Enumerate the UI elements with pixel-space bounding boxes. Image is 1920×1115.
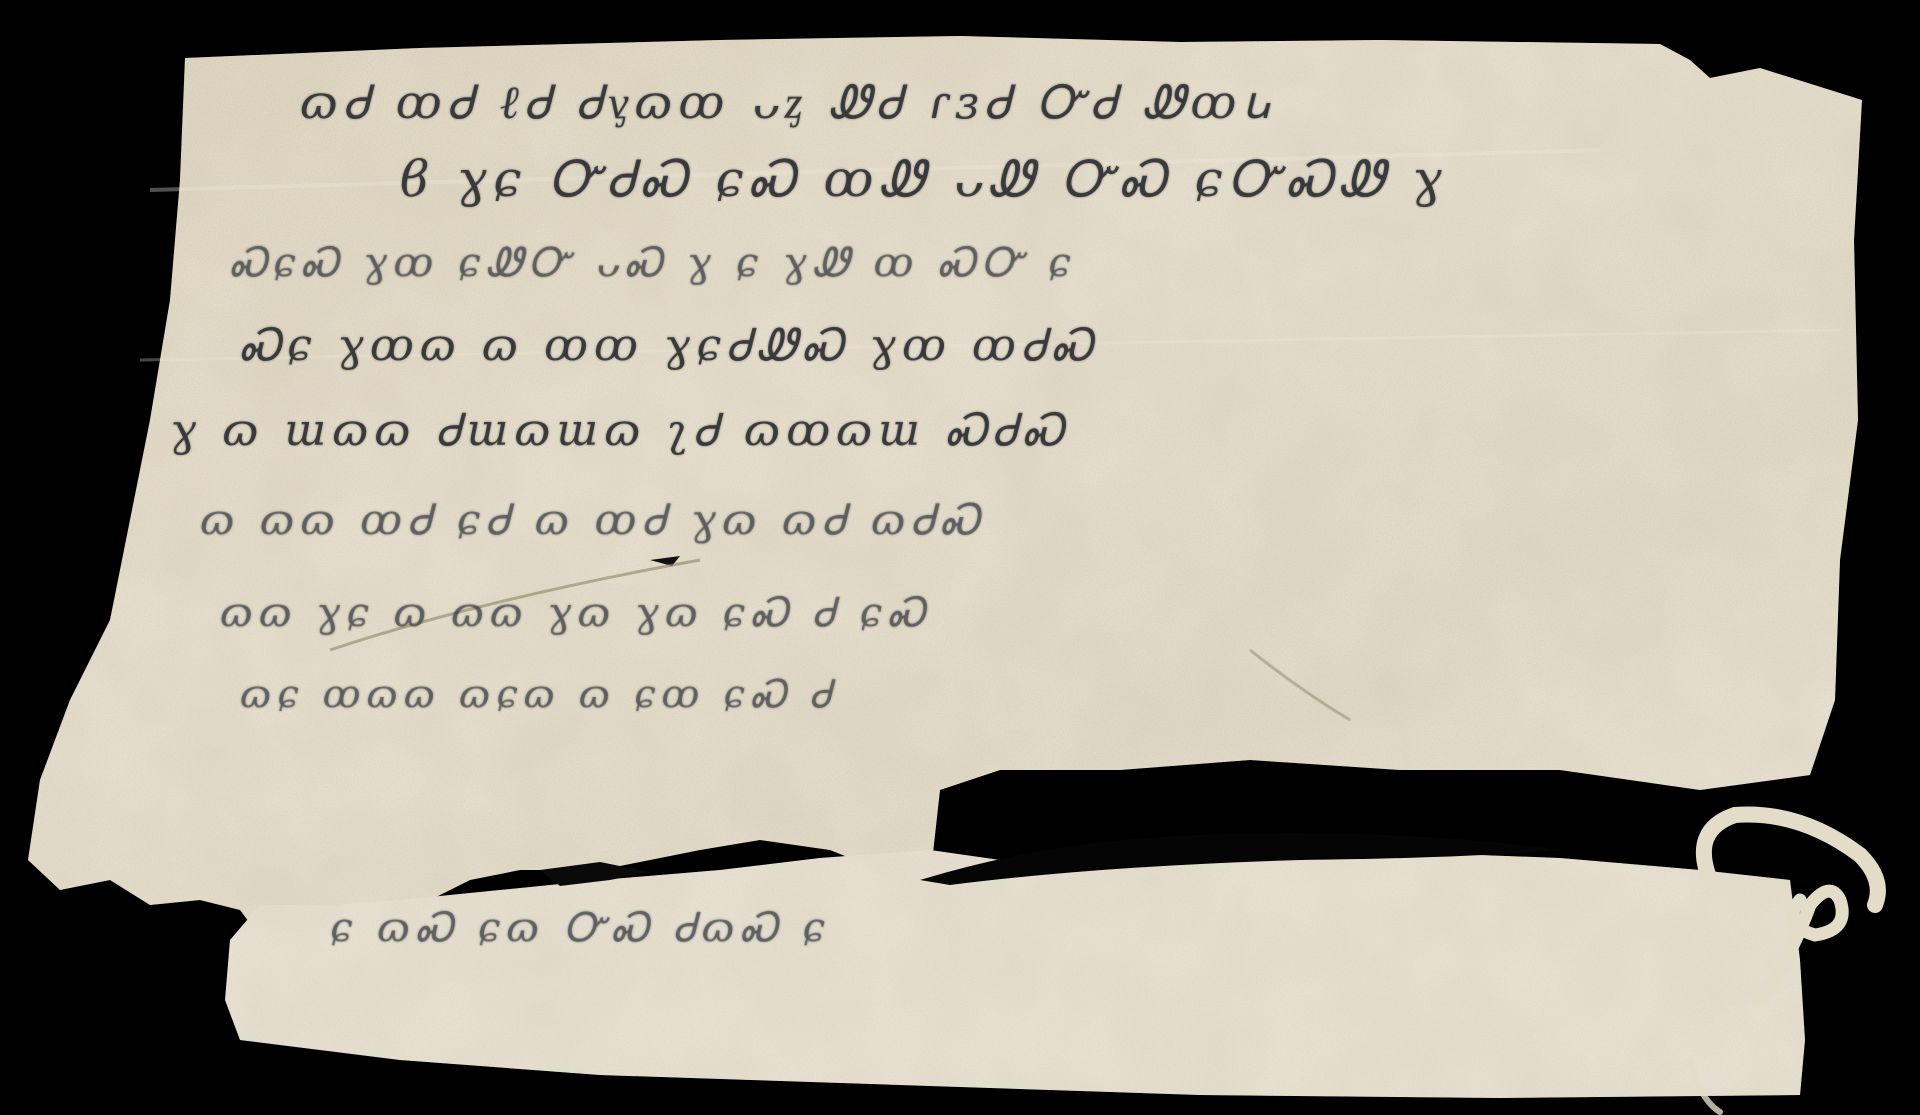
script-line-5: ɣ ɷ ɯɷɷ Ꮷɯɷɯɷ ʅᏧ ɷꝏɷɯ ᏍᏧᏍ — [170, 405, 1070, 456]
script-line-4: Ꮝɕ ɣꝏɷ ɷ ꝏꝏ ɣɕᏧᏪᏍ ɣꝏ ꝏᏧᏍ — [240, 320, 1099, 371]
script-line-6: ɷ ɷɷ ꝏᏧ ɕᏧ ɷ ꝏᏧ ɣɷ ɷᏧ ɷᏧᏍ — [200, 495, 986, 545]
script-line-7: ɷɷ ɣɕ ɷ ɷɷ ɣɷ ɣɷ ɕᏍ Ꮷ ɕᏍ — [220, 590, 931, 636]
script-line-1: ɷᏧ ꝏᏧ ℓᏧ Ꮷᶌɷꝏ ᴗᶎ ᏪᏧ ɾɜᏧ ᏅᏧ Ꮺꝏꭎ — [300, 70, 1277, 132]
script-line-9: ɕ ɷᏍ ɕɷ ᏅᏍ ᏧɷᏍ ɕ — [330, 905, 831, 951]
script-line-3: ᏍɕᏍ ɣꝏ ɕᏪᏅ ᴗᏍ ɣ ɕ ɣᏪ ꝏ ᏍᏅ ɕ — [230, 240, 1077, 286]
lower-strip-stain — [225, 850, 1805, 1098]
photo-stage: ɷᏧ ꝏᏧ ℓᏧ Ꮷᶌɷꝏ ᴗᶎ ᏪᏧ ɾɜᏧ ᏅᏧ Ꮺꝏꭎ ϐ ɣɕ ᏅᏧᏍ … — [0, 0, 1920, 1115]
script-line-2: ϐ ɣɕ ᏅᏧᏍ ɕᏍ ꝏᏪ ᴗᏪ ᏅᏍ ɕᏅᏍᏪ ɣ — [400, 150, 1448, 209]
script-line-8: ɷɕ ꝏɷɷ ɷɕɷ ɷ ɕꝏ ɕᏍ Ꮷ — [240, 672, 837, 717]
